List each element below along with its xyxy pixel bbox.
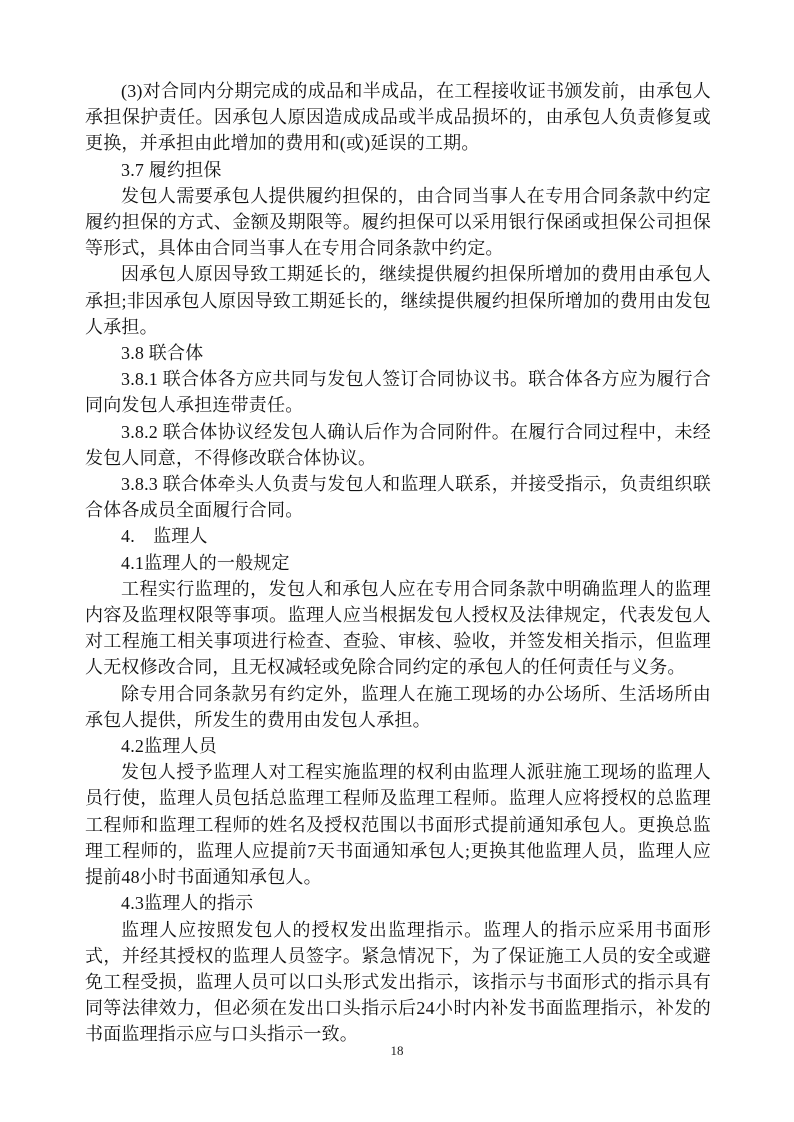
paragraph-3-7-a: 发包人需要承包人提供履约担保的，由合同当事人在专用合同条款中约定履约担保的方式、… (85, 183, 711, 262)
paragraph-4-1-b: 除专用合同条款另有约定外，监理人在施工现场的办公场所、生活场所由承包人提供，所发… (85, 681, 711, 733)
paragraph-3-8-3: 3.8.3 联合体牵头人负责与发包人和监理人联系，并接受指示，负责组织联合体各成… (85, 471, 711, 523)
document-page: (3)对合同内分期完成的成品和半成品，在工程接收证书颁发前，由承包人承担保护责任… (0, 0, 794, 1122)
heading-3-7: 3.7 履约担保 (85, 157, 711, 183)
heading-4-2: 4.2监理人员 (85, 733, 711, 759)
paragraph-4-1-a: 工程实行监理的，发包人和承包人应在专用合同条款中明确监理人的监理内容及监理权限等… (85, 576, 711, 681)
document-body: (3)对合同内分期完成的成品和半成品，在工程接收证书颁发前，由承包人承担保护责任… (85, 78, 711, 1048)
paragraph-3-8-1: 3.8.1 联合体各方应共同与发包人签订合同协议书。联合体各方应为履行合同向发包… (85, 366, 711, 418)
paragraph-3-7-b: 因承包人原因导致工期延长的，继续提供履约担保所增加的费用由承包人承担;非因承包人… (85, 261, 711, 340)
heading-4: 4. 监理人 (85, 523, 711, 549)
paragraph-item-3: (3)对合同内分期完成的成品和半成品，在工程接收证书颁发前，由承包人承担保护责任… (85, 78, 711, 157)
paragraph-4-2-a: 发包人授予监理人对工程实施监理的权利由监理人派驻施工现场的监理人员行使，监理人员… (85, 759, 711, 890)
heading-4-1: 4.1监理人的一般规定 (85, 550, 711, 576)
page-number: 18 (0, 1042, 794, 1060)
heading-4-3: 4.3监理人的指示 (85, 890, 711, 916)
heading-3-8: 3.8 联合体 (85, 340, 711, 366)
paragraph-4-3-a: 监理人应按照发包人的授权发出监理指示。监理人的指示应采用书面形式，并经其授权的监… (85, 917, 711, 1048)
paragraph-3-8-2: 3.8.2 联合体协议经发包人确认后作为合同附件。在履行合同过程中，未经发包人同… (85, 419, 711, 471)
